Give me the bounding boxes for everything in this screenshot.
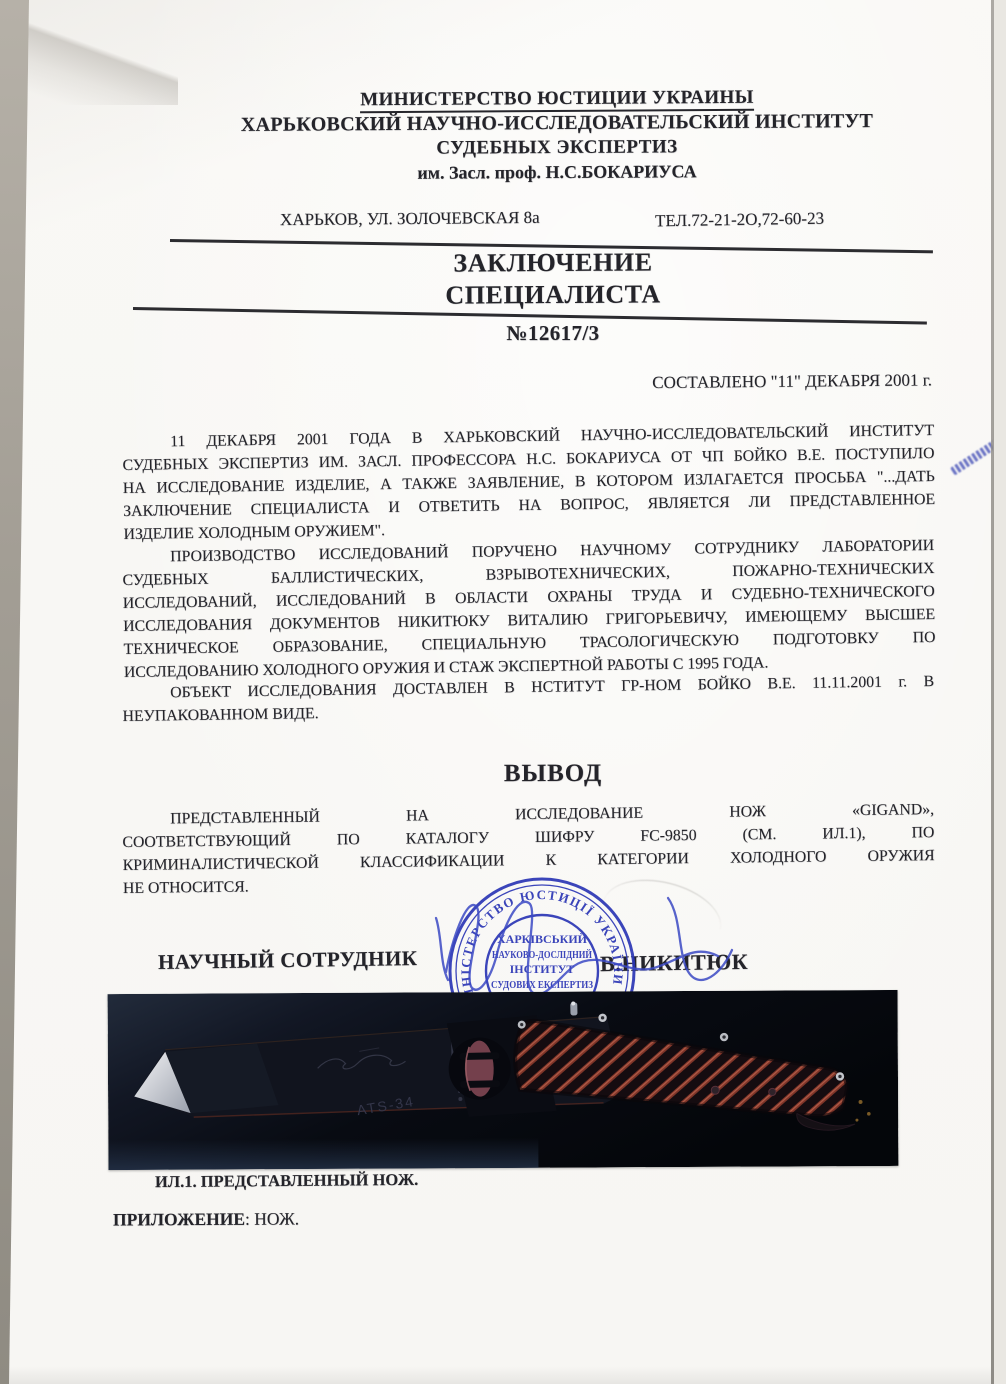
photo-caption: ИЛ.1. ПРЕДСТАВЛЕННЫЙ НОЖ. (155, 1170, 418, 1192)
institute-name-line1: ХАРЬКОВСКИЙ НАУЧНО-ИССЛЕДОВАТЕЛЬСКИЙ ИНС… (154, 110, 960, 138)
paper-sheet: МИНИСТЕРСТВО ЮСТИЦИИ УКРАИНЫ ХАРЬКОВСКИЙ… (0, 0, 1006, 1384)
institute-address: ХАРЬКОВ, УЛ. ЗОЛОЧЕВСКАЯ 8а (280, 208, 540, 230)
document-number: №12617/3 (174, 321, 932, 346)
ministry-title: МИНИСТЕРСТВО ЮСТИЦИИ УКРАИНЫ (154, 86, 960, 113)
institute-phone: ТЕЛ.72-21-2О,72-60-23 (655, 209, 824, 232)
margin-ink-mark (950, 437, 1002, 475)
document-title-line1: ЗАКЛЮЧЕНИЕ (174, 246, 932, 280)
paper-bottom-shadow (0, 1366, 1006, 1384)
attachment-line: ПРИЛОЖЕНИЕ: НОЖ. (113, 1209, 299, 1231)
signature-stroke (446, 902, 718, 994)
paragraph-examiner: ПРОИЗВОДСТВО ИССЛЕДОВАНИЙ ПОРУЧЕНО НАУЧН… (122, 534, 936, 684)
composed-date-line: СОСТАВЛЕНО "11" ДЕКАБРЯ 2001 г. (174, 370, 932, 397)
pivot-notch-top (459, 1052, 499, 1060)
conclusion-heading: ВЫВОД (174, 759, 932, 790)
knife-photo-image: ATS-34 (108, 990, 899, 1170)
pivot-notch-bottom (460, 1080, 500, 1088)
document-title-line2: СПЕЦИАЛИСТА (174, 278, 932, 312)
signature-stroke (668, 898, 732, 980)
paper-corner-shadow (28, 0, 178, 105)
attachment-label: ПРИЛОЖЕНИЕ (113, 1209, 245, 1230)
paragraph-intake: 11 ДЕКАБРЯ 2001 ГОДА В ХАРЬКОВСКИЙ НАУЧН… (122, 419, 936, 546)
photo-bottom-glow (108, 1138, 538, 1170)
institute-name-line2: СУДЕБНЫХ ЭКСПЕРТИЗ (154, 135, 960, 161)
paper-right-edge (991, 0, 994, 1384)
institute-named-after: им. Засл. проф. Н.С.БОКАРИУСА (154, 160, 960, 185)
scanned-document-page: МИНИСТЕРСТВО ЮСТИЦИИ УКРАИНЫ ХАРЬКОВСКИЙ… (0, 0, 1006, 1384)
attachment-value: : НОЖ. (245, 1209, 299, 1229)
signature-role-label: НАУЧНЫЙ СОТРУДНИК (158, 946, 418, 975)
